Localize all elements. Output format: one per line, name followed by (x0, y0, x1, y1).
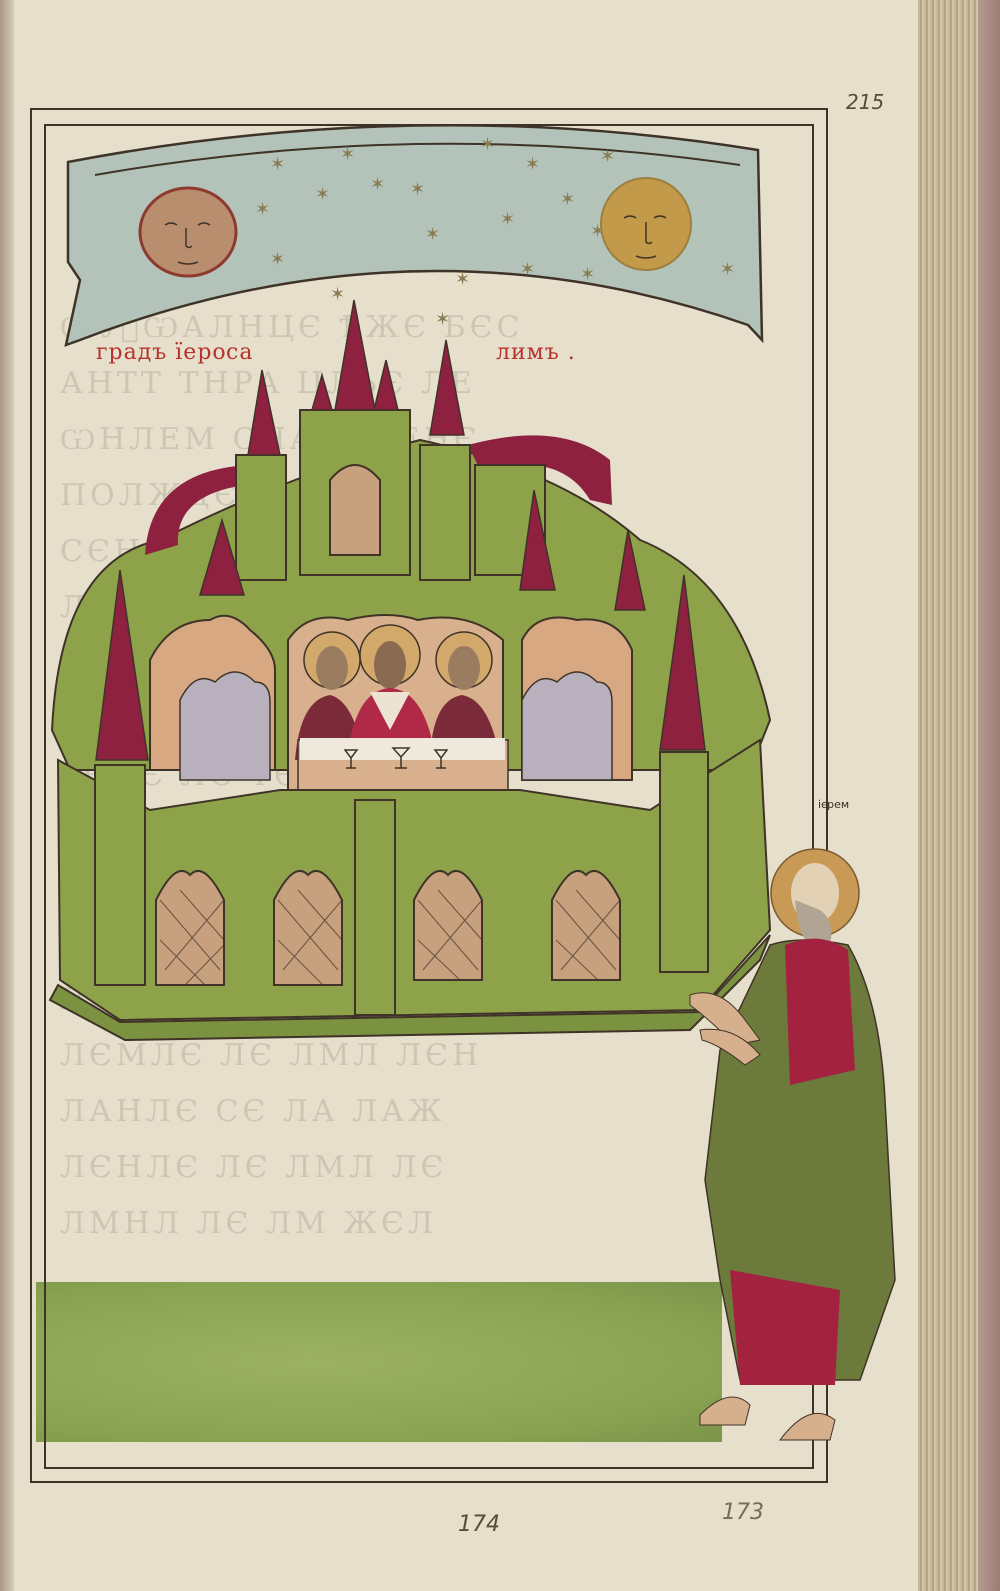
sky-band: ✶✶✶ ✶✶✶ ✶✶✶ ✶✶✶ ✶✶✶ ✶✶✶ ✶✶✶ (66, 125, 762, 345)
prophet-label: ієрем (818, 798, 849, 811)
svg-text:✶: ✶ (410, 179, 425, 200)
folio-top-right: 215 (846, 90, 884, 114)
illustration: ✶✶✶ ✶✶✶ ✶✶✶ ✶✶✶ ✶✶✶ ✶✶✶ ✶✶✶ (0, 0, 1000, 1591)
svg-text:✶: ✶ (520, 259, 535, 280)
sun-face (601, 178, 691, 270)
svg-text:✶: ✶ (370, 174, 385, 195)
caption-part-2: са (226, 340, 253, 365)
folio-bottom-right: 173 (722, 1500, 764, 1525)
caption-part-3: лимъ . (496, 340, 576, 365)
svg-text:✶: ✶ (255, 199, 270, 220)
svg-text:✶: ✶ (720, 259, 735, 280)
svg-text:✶: ✶ (435, 309, 450, 330)
svg-text:✶: ✶ (425, 224, 440, 245)
svg-text:✶: ✶ (560, 189, 575, 210)
manuscript-page: ѠУⷮѠАЛНЦЄ ѢЖЄ БЄС АНТТ ТНРА ЦЛЬЄ ЛЕ ѠНЛЕ… (0, 0, 1000, 1591)
svg-text:✶: ✶ (340, 144, 355, 165)
svg-text:✶: ✶ (270, 154, 285, 175)
svg-text:✶: ✶ (600, 146, 615, 167)
svg-text:✶: ✶ (330, 284, 345, 305)
folio-bottom-center: 174 (458, 1512, 500, 1537)
svg-text:✶: ✶ (315, 184, 330, 205)
city-jerusalem (50, 300, 770, 1040)
three-saints (295, 625, 508, 800)
svg-text:✶: ✶ (480, 134, 495, 155)
svg-text:✶: ✶ (500, 209, 515, 230)
svg-text:✶: ✶ (270, 249, 285, 270)
caption-part-1: градъ їеро (96, 340, 227, 365)
svg-text:✶: ✶ (525, 154, 540, 175)
svg-text:✶: ✶ (580, 264, 595, 285)
moon-face (140, 188, 236, 276)
svg-text:✶: ✶ (455, 269, 470, 290)
